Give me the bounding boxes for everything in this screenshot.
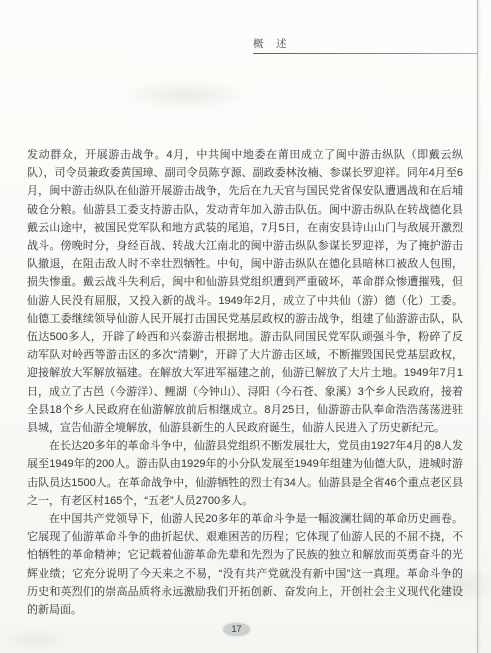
body-paragraph-3: 在中国共产党领导下，仙游人民20多年的革命斗争是一幅波澜壮阔的革命历史画卷。它展… — [27, 510, 463, 619]
page-number-badge: 17 — [223, 623, 250, 636]
page-edge-shadow — [477, 0, 478, 653]
page-header: 概 述 — [253, 38, 478, 54]
body-paragraph-2: 在长达20多年的革命斗争中，仙游县党组织不断发展壮大，党员由1927年4月的8人… — [27, 437, 463, 510]
scanned-book-page: 概 述 发动群众，开展游击战争。4月，中共闽中地委在莆田成立了闽中游击纵队（即戴… — [0, 0, 491, 653]
body-paragraph-1: 发动群众，开展游击战争。4月，中共闽中地委在莆田成立了闽中游击纵队（即戴云纵队）… — [27, 146, 463, 437]
page-title: 概 述 — [253, 38, 478, 50]
header-rule — [253, 53, 478, 54]
document-body: 发动群众，开展游击战争。4月，中共闽中地委在莆田成立了闽中游击纵队（即戴云纵队）… — [27, 146, 463, 619]
page-number: 17 — [231, 625, 241, 634]
